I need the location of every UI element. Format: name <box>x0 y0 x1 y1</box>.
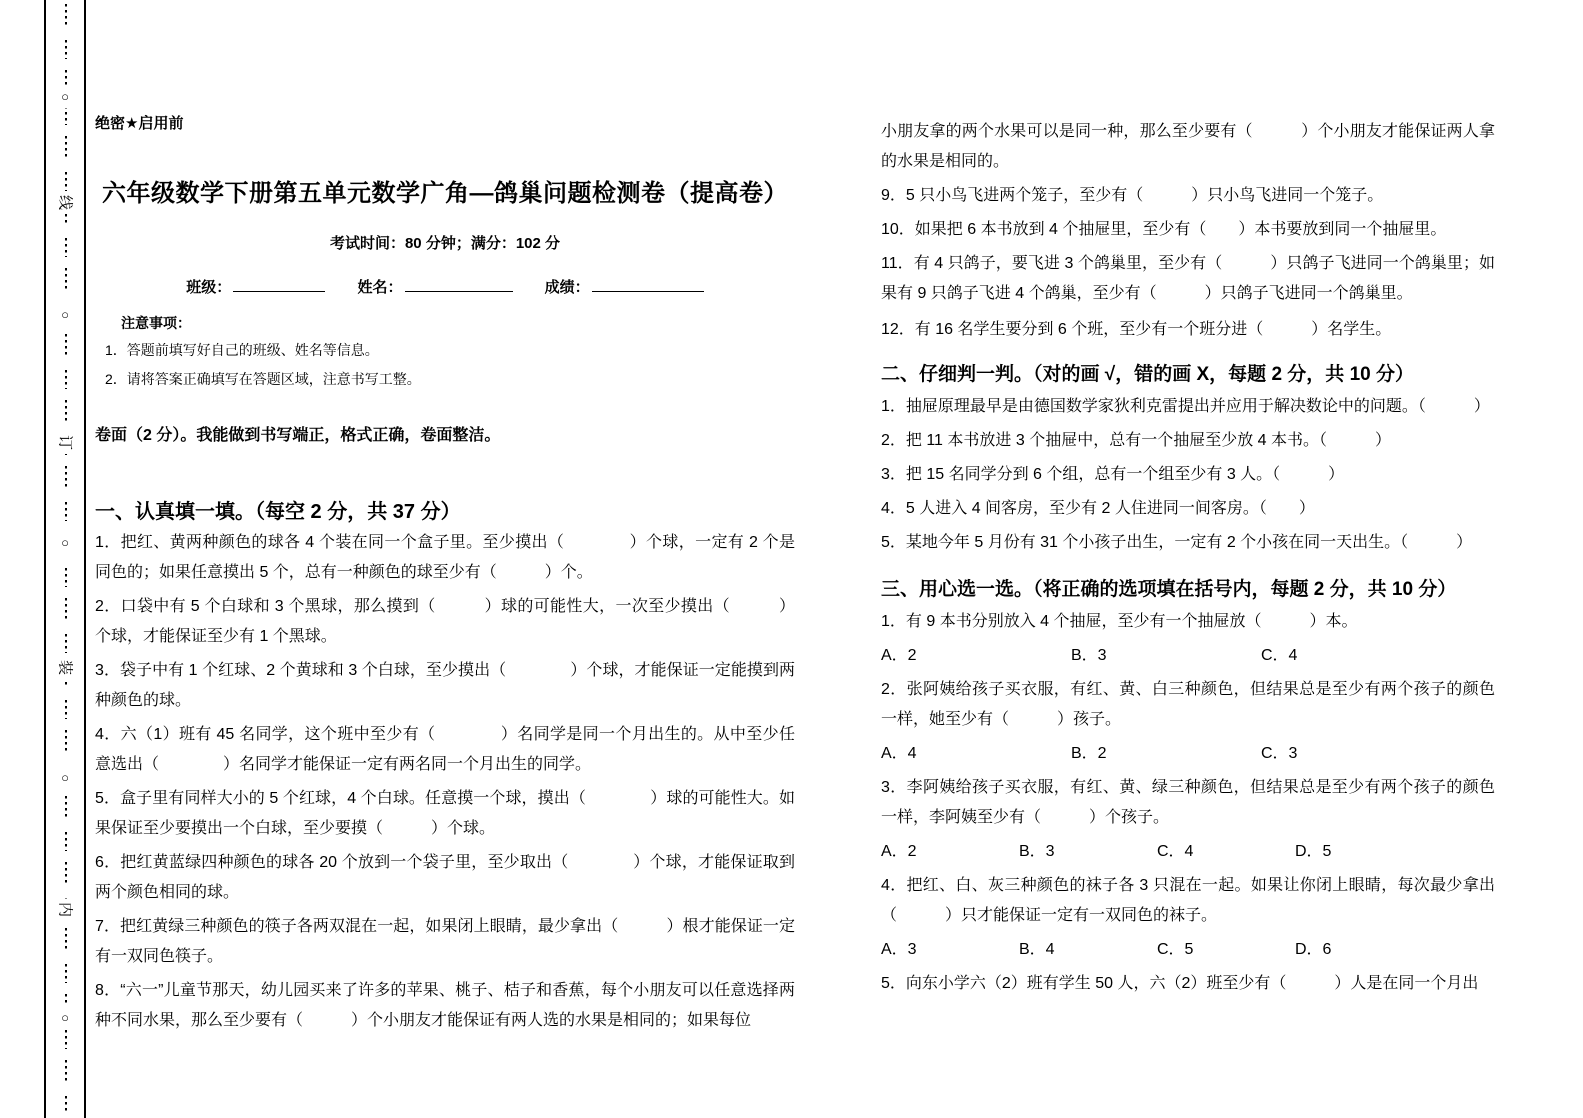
option-d: D．5 <box>1295 837 1433 867</box>
name-label: 姓名： <box>357 279 402 296</box>
option-a: A．2 <box>881 837 1019 867</box>
exam-info: 考试时间：80 分钟；满分：102 分 <box>95 232 795 253</box>
right-column: 小朋友拿的两个水果可以是同一种，那么至少要有（ ）个小朋友才能保证两人拿的水果是… <box>881 0 1495 999</box>
judge-item-1: 1．抽屉原理最早是由德国数学家狄利克雷提出并应用于解决数论中的问题。（ ） <box>881 392 1495 422</box>
binding-circle-icon: ○ <box>54 1006 76 1029</box>
fill-item-2: 2．口袋中有 5 个白球和 3 个黑球，那么摸到（ ）球的可能性大，一次至少摸出… <box>95 592 795 652</box>
fill-item-12: 12．有 16 名学生要分到 6 个班，至少有一个班分进（ ）名学生。 <box>881 315 1495 345</box>
judge-item-4: 4．5 人进入 4 间客房，至少有 2 人住进同一间客房。（ ） <box>881 494 1495 524</box>
score-input-blank[interactable] <box>592 277 704 292</box>
choose-item-2: 2．张阿姨给孩子买衣服，有红、黄、白三种颜色，但结果总是至少有两个孩子的颜色一样… <box>881 675 1495 735</box>
binding-circle-icon: ○ <box>54 303 76 326</box>
binding-circle-icon: ○ <box>54 531 76 554</box>
option-c: C．3 <box>1261 739 1451 769</box>
option-a: A．4 <box>881 739 1071 769</box>
student-fields: 班级： 姓名： 成绩： <box>95 276 795 297</box>
option-a: A．2 <box>881 641 1071 671</box>
option-c: C．5 <box>1157 935 1295 965</box>
name-field: 姓名： <box>357 279 512 296</box>
option-b: B．3 <box>1071 641 1261 671</box>
section-2-heading: 二、仔细判一判。（对的画 √，错的画 X，每题 2 分，共 10 分） <box>881 359 1495 386</box>
fill-item-5: 5．盒子里有同样大小的 5 个红球，4 个白球。任意摸一个球，摸出（ ）球的可能… <box>95 784 795 844</box>
judge-item-2: 2．把 11 本书放进 3 个抽屉中，总有一个抽屉至少放 4 本书。（ ） <box>881 426 1495 456</box>
fill-item-3: 3．袋子中有 1 个红球、2 个黄球和 3 个白球，至少摸出（ ）个球，才能保证… <box>95 656 795 716</box>
binding-char-zhuang: 装 <box>53 657 78 679</box>
judge-item-3: 3．把 15 名同学分到 6 个组，总有一个组至少有 3 人。（ ） <box>881 460 1495 490</box>
left-column: 绝密★启用前 六年级数学下册第五单元数学广角—鸽巢问题检测卷（提高卷） 考试时间… <box>95 0 795 1036</box>
binding-char-nei: 内 <box>53 899 78 921</box>
choose-item-3-options: A．2 B．3 C．4 D．5 <box>881 837 1495 867</box>
fill-item-8-continuation: 小朋友拿的两个水果可以是同一种，那么至少要有（ ）个小朋友才能保证两人拿的水果是… <box>881 117 1495 177</box>
binding-dashed-line <box>65 4 67 1114</box>
judge-item-5: 5．某地今年 5 月份有 31 个小孩子出生，一定有 2 个小孩在同一天出生。（… <box>881 528 1495 558</box>
name-input-blank[interactable] <box>405 277 513 292</box>
score-label: 成绩： <box>545 279 590 296</box>
fill-item-7: 7．把红黄绿三种颜色的筷子各两双混在一起，如果闭上眼睛，最少拿出（ ）根才能保证… <box>95 912 795 972</box>
class-label: 班级： <box>186 279 231 296</box>
fill-item-6: 6．把红黄蓝绿四种颜色的球各 20 个放到一个袋子里，至少取出（ ）个球，才能保… <box>95 848 795 908</box>
choose-item-5: 5．向东小学六（2）班有学生 50 人，六（2）班至少有（ ）人是在同一个月出 <box>881 969 1495 999</box>
note-item: 2．请将答案正确填写在答题区域，注意书写工整。 <box>105 367 795 391</box>
option-b: B．4 <box>1019 935 1157 965</box>
fill-item-9: 9．5 只小鸟飞进两个笼子，至少有（ ）只小鸟飞进同一个笼子。 <box>881 181 1495 211</box>
fill-item-10: 10．如果把 6 本书放到 4 个抽屉里，至少有（ ）本书要放到同一个抽屉里。 <box>881 215 1495 245</box>
binding-char-ding: 订 <box>53 432 78 454</box>
option-b: B．3 <box>1019 837 1157 867</box>
note-item: 1．答题前填写好自己的班级、姓名等信息。 <box>105 338 795 362</box>
choose-item-2-options: A．4 B．2 C．3 <box>881 739 1495 769</box>
class-field: 班级： <box>186 279 325 296</box>
choose-item-4: 4．把红、白、灰三种颜色的袜子各 3 只混在一起。如果让你闭上眼睛，每次最少拿出… <box>881 871 1495 931</box>
binding-circle-icon: ○ <box>54 766 76 789</box>
secrecy-label: 绝密★启用前 <box>95 112 795 133</box>
class-input-blank[interactable] <box>233 277 325 292</box>
option-c: C．4 <box>1261 641 1451 671</box>
fill-item-11: 11．有 4 只鸽子，要飞进 3 个鸽巢里，至少有（ ）只鸽子飞进同一个鸽巢里；… <box>881 249 1495 309</box>
binding-char-xian: 线 <box>53 192 78 214</box>
option-b: B．2 <box>1071 739 1261 769</box>
option-c: C．4 <box>1157 837 1295 867</box>
section-1-heading: 一、认真填一填。（每空 2 分，共 37 分） <box>95 495 795 524</box>
binding-circle-icon: ○ <box>54 85 76 108</box>
exam-page: ○ 线 ○ 订 ○ 装 ○ 内 ○ 绝密★启用前 六年级数学下册第五单元数学广角… <box>0 0 1583 1118</box>
option-d: D．6 <box>1295 935 1433 965</box>
choose-item-4-options: A．3 B．4 C．5 D．6 <box>881 935 1495 965</box>
fill-item-4: 4．六（1）班有 45 名同学，这个班中至少有（ ）名同学是同一个月出生的。从中… <box>95 720 795 780</box>
paper-neatness-statement: 卷面（2 分）。我能做到书写端正，格式正确，卷面整洁。 <box>95 422 795 450</box>
option-a: A．3 <box>881 935 1019 965</box>
binding-strip: ○ 线 ○ 订 ○ 装 ○ 内 ○ <box>44 0 86 1118</box>
choose-item-1: 1．有 9 本书分别放入 4 个抽屉，至少有一个抽屉放（ ）本。 <box>881 607 1495 637</box>
section-3-heading: 三、用心选一选。（将正确的选项填在括号内，每题 2 分，共 10 分） <box>881 574 1495 601</box>
choose-item-1-options: A．2 B．3 C．4 <box>881 641 1495 671</box>
fill-item-1: 1．把红、黄两种颜色的球各 4 个装在同一个盒子里。至少摸出（ ）个球，一定有 … <box>95 528 795 588</box>
score-field: 成绩： <box>545 279 704 296</box>
notes-title: 注意事项： <box>121 313 795 333</box>
choose-item-3: 3．李阿姨给孩子买衣服，有红、黄、绿三种颜色，但结果总是至少有两个孩子的颜色一样… <box>881 773 1495 833</box>
page-title: 六年级数学下册第五单元数学广角—鸽巢问题检测卷（提高卷） <box>95 173 795 208</box>
fill-item-8: 8．“六一”儿童节那天，幼儿园买来了许多的苹果、桃子、桔子和香蕉，每个小朋友可以… <box>95 976 795 1036</box>
